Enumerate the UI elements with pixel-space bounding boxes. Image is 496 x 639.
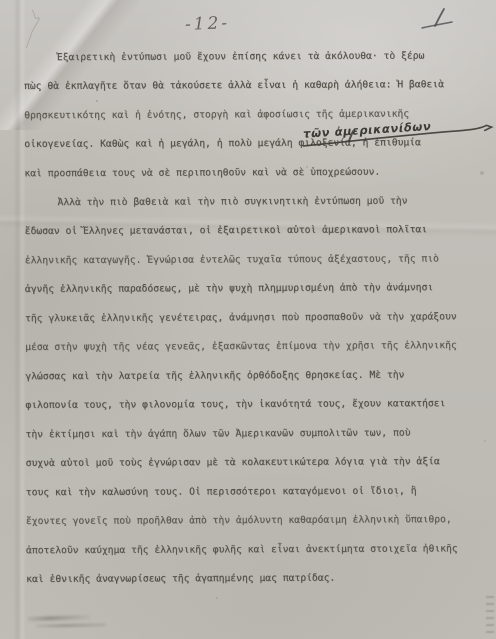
typed-line: Ἐξαιρετικὴ ἐντύπωσι μοῦ ἔχουν ἐπίσης κάν… bbox=[24, 41, 476, 72]
typed-line: τὴν ἐκτίμησι καὶ τὴν ἀγάπη ὅλων τῶν Ἀμερ… bbox=[25, 418, 477, 449]
typed-line: γλώσσας καὶ τὴν λατρεία τῆς ἑλληνικῆς ὀρ… bbox=[25, 360, 477, 391]
typed-line: συχνὰ αὐτοὶ μοῦ τοὺς ἐγνώρισαν μὲ τὰ κολ… bbox=[26, 447, 478, 478]
typed-line: πὼς θὰ ἐκπλαγῆτε ὅταν θὰ τἀκούσετε ἀλλὰ … bbox=[24, 70, 476, 101]
page-edge-marks bbox=[486, 596, 494, 638]
typed-line: καὶ προσπάθεια τους νὰ σὲ περιποιηθοῦν κ… bbox=[24, 157, 476, 188]
typed-line: ἀποτελοῦν καύχημα τῆς ἑλληνικῆς φυλῆς κα… bbox=[26, 534, 478, 565]
paragraph: Ἀλλὰ τὴν πιὸ βαθειὰ καὶ τὴν πιὸ συγκινητ… bbox=[24, 186, 478, 594]
scanned-typewritten-page: -12- Ἐξαιρετικὴ ἐντύπωσι μοῦ ἔχουν ἐπίση… bbox=[0, 0, 496, 639]
erased-pencil-smudge bbox=[36, 623, 106, 627]
erased-pencil-smudge bbox=[28, 615, 90, 621]
typed-line: ἔδωσαν οἱ Ἕλληνες μετανάσται, οἱ ἐξαιρετ… bbox=[25, 215, 477, 246]
handwritten-numeral-annotation bbox=[414, 6, 458, 34]
page-number: -12- bbox=[185, 13, 231, 35]
paragraph: Ἐξαιρετικὴ ἐντύπωσι μοῦ ἔχουν ἐπίσης κάν… bbox=[24, 41, 477, 188]
typed-line: τους καὶ τὴν καλωσύνη τους. Οἱ περισσότε… bbox=[26, 476, 478, 507]
typed-line: μέσα στὴν ψυχὴ τῆς νέας γενεᾶς, ἐξασκῶντ… bbox=[25, 331, 477, 362]
paper-specks bbox=[96, 100, 98, 102]
typed-line: ἑλληνικῆς καταγωγῆς. Ἐγνώρισα ἐντελῶς τυ… bbox=[25, 244, 477, 275]
typed-line: Ἀλλὰ τὴν πιὸ βαθειὰ καὶ τὴν πιὸ συγκινητ… bbox=[24, 186, 476, 217]
typed-line: ἔχοντες γονεῖς ποὺ προῆλθαν ἀπὸ τὴν ἀμόλ… bbox=[26, 505, 478, 536]
typed-line: ἁγνῆς ἑλληνικῆς παραδόσεως, μὲ τὴν ψυχὴ … bbox=[25, 273, 477, 304]
typed-line: καὶ ἐθνικῆς ἀναγνωρίσεως τῆς ἀγαπημένης … bbox=[26, 563, 478, 594]
typed-line: τῆς γλυκειᾶς ἑλληνικῆς γενέτειρας, ἀνάμν… bbox=[25, 302, 477, 333]
typed-line: φιλοπονία τους, τὴν φιλονομία τους, τὴν … bbox=[25, 389, 477, 420]
